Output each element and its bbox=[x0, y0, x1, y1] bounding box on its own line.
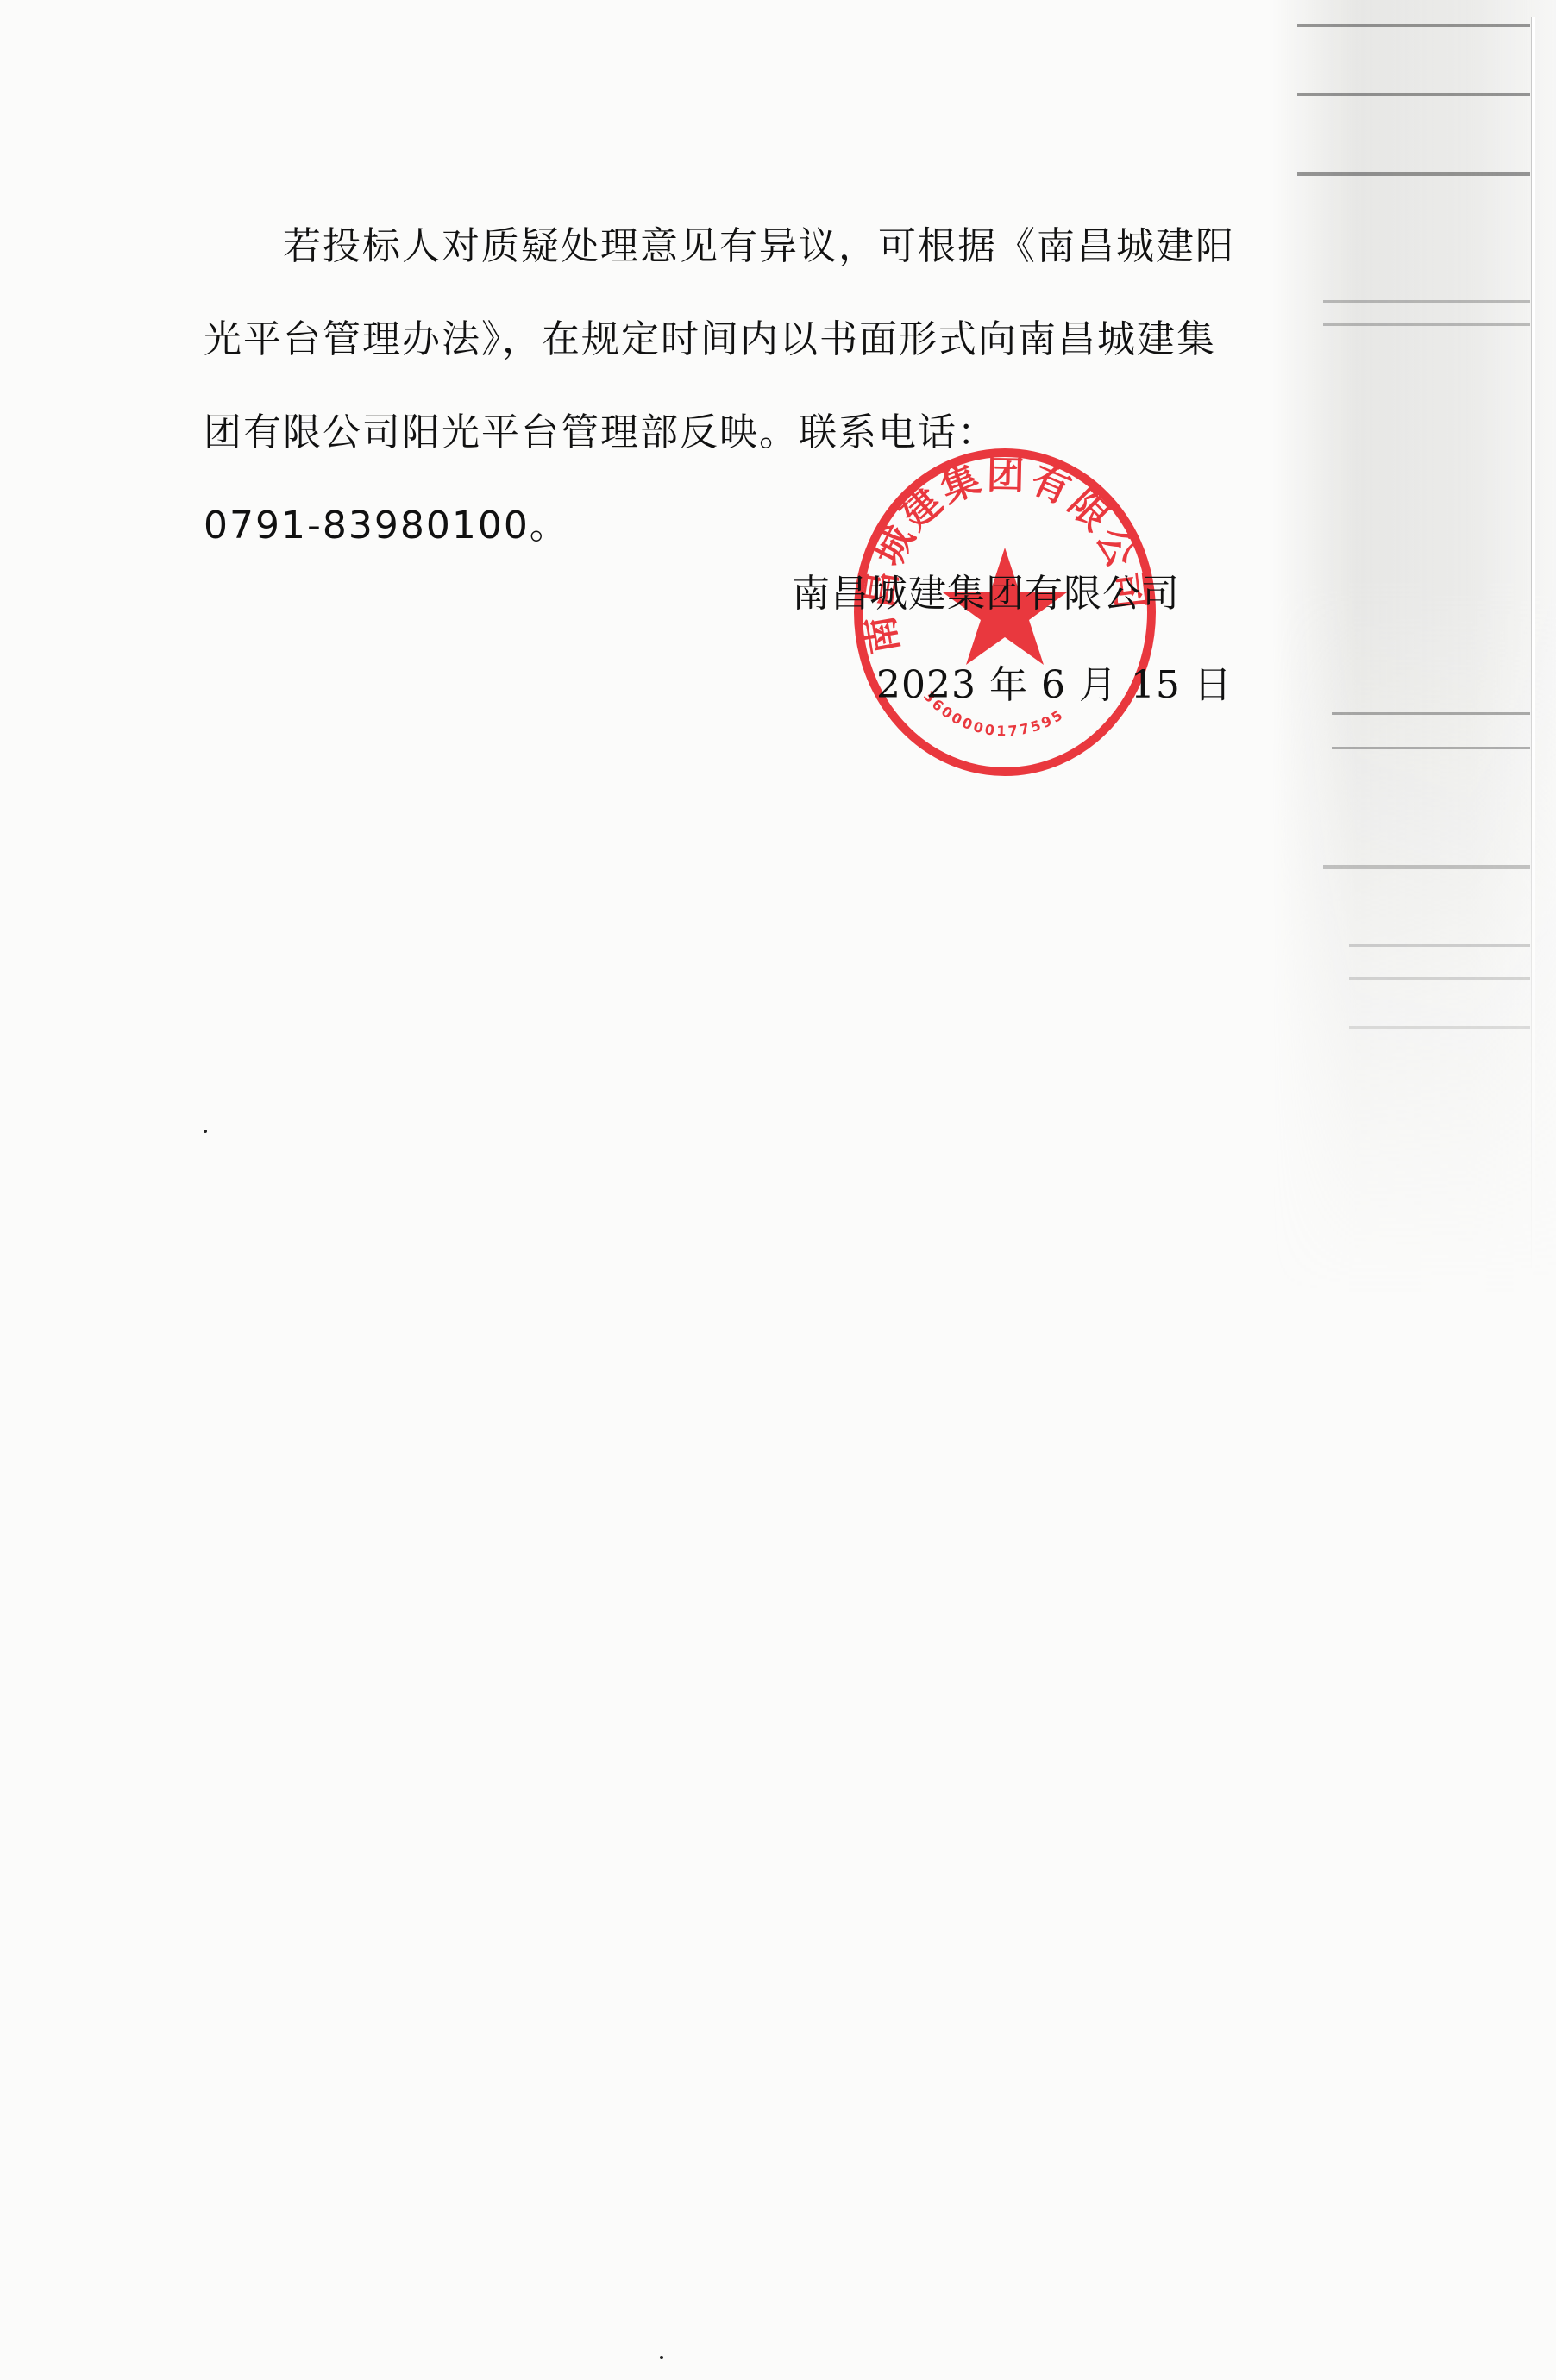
scanner-line bbox=[1323, 865, 1530, 869]
scanner-line bbox=[1297, 93, 1530, 96]
scanner-edge bbox=[1531, 17, 1535, 1268]
scanner-line bbox=[1297, 172, 1530, 176]
scanner-line bbox=[1332, 747, 1530, 749]
scan-speck bbox=[660, 2356, 663, 2359]
scanner-line bbox=[1349, 1026, 1530, 1029]
scanner-line bbox=[1349, 977, 1530, 980]
body-line: 光平台管理办法》，在规定时间内以书面形式向南昌城建集 bbox=[204, 293, 1299, 386]
signature-organization: 南昌城建集团有限公司 bbox=[792, 562, 1180, 617]
scan-speck bbox=[204, 1130, 207, 1133]
scanner-line bbox=[1332, 712, 1530, 715]
signature-date: 2023 年 6 月 15 日 bbox=[876, 654, 1233, 709]
scanner-artifact bbox=[1271, 0, 1556, 1293]
body-line: 若投标人对质疑处理意见有异议，可根据《南昌城建阳 bbox=[204, 200, 1299, 293]
scanner-line bbox=[1323, 300, 1530, 303]
scanner-line bbox=[1297, 24, 1530, 27]
scanner-line bbox=[1349, 944, 1530, 947]
scanner-line bbox=[1323, 323, 1530, 326]
document-page: 若投标人对质疑处理意见有异议，可根据《南昌城建阳 光平台管理办法》，在规定时间内… bbox=[0, 0, 1556, 2380]
